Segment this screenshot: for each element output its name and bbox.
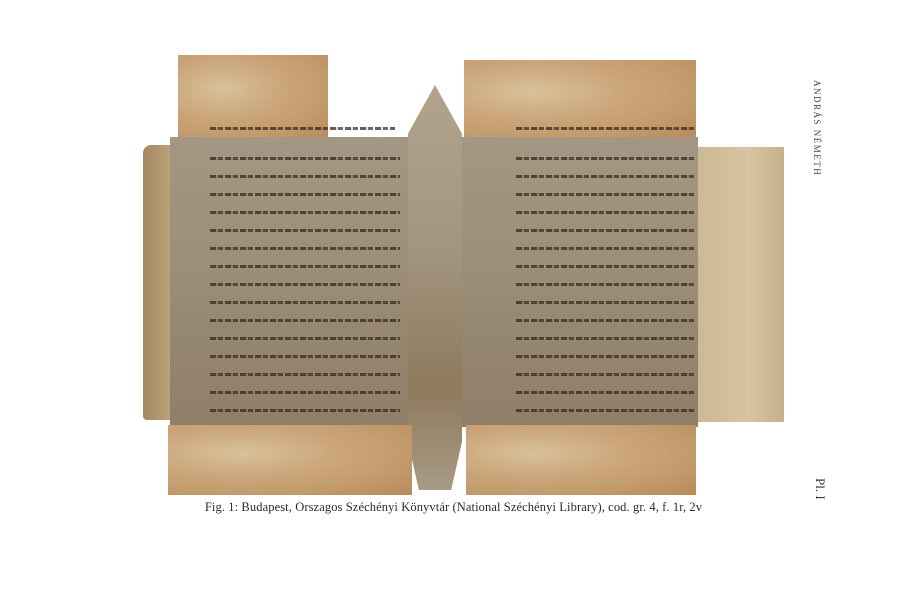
bottom-left-flap	[168, 425, 412, 495]
manuscript-figure	[140, 55, 790, 495]
central-guard-strip	[408, 85, 462, 490]
left-page	[170, 137, 412, 427]
running-head: ANDRÁS NÉMETH	[812, 80, 822, 176]
right-page	[462, 137, 698, 427]
right-side-flap	[696, 147, 784, 422]
figure-caption: Fig. 1: Budapest, Orszagos Széchényi Kön…	[0, 500, 907, 515]
bottom-right-flap	[466, 425, 696, 495]
plate-label: Pl. I	[812, 478, 828, 500]
